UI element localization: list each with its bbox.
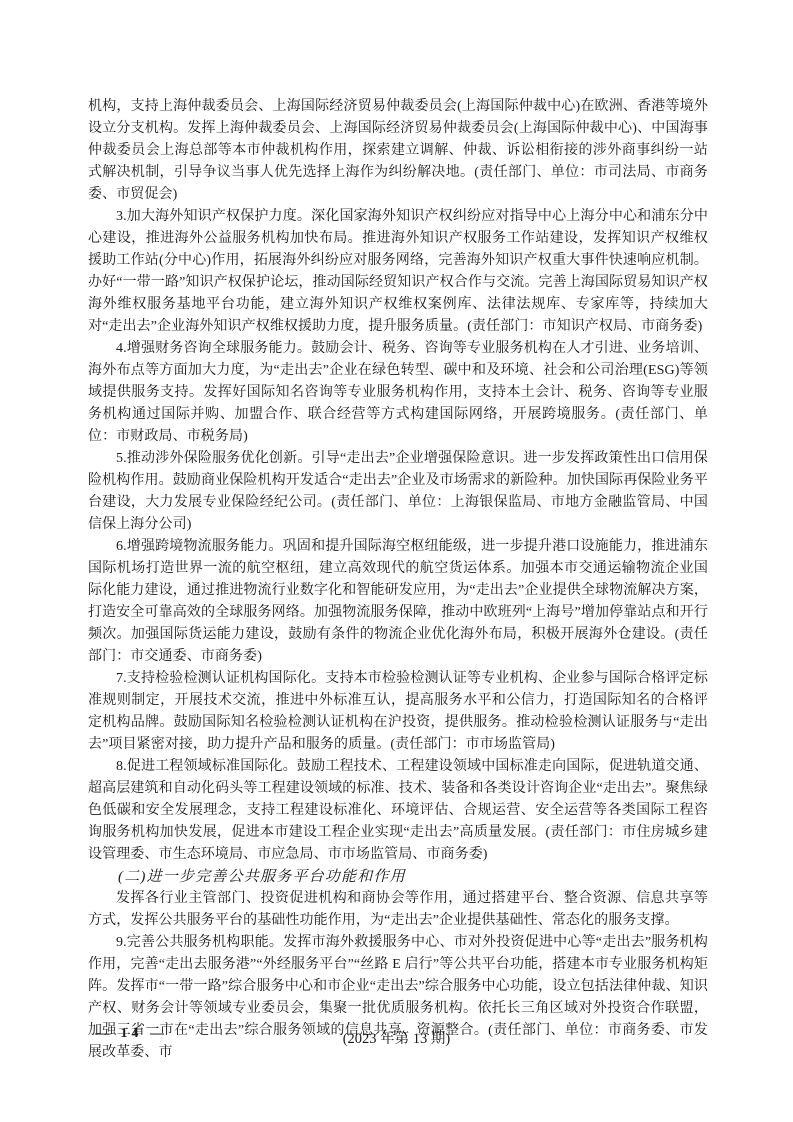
paragraph-item-6: 6.增强跨境物流服务能力。巩固和提升国际海空枢纽能级，进一步提升港口设施能力，推…: [88, 536, 708, 668]
paragraph-section-intro: 发挥各行业主管部门、投资促进机构和商协会等作用，通过搭建平台、整合资源、信息共享…: [88, 888, 708, 932]
paragraph-item-4: 4.增强财务咨询全球服务能力。鼓励会计、税务、咨询等专业服务机构在人才引进、业务…: [88, 338, 708, 448]
section-heading: (二)进一步完善公共服务平台功能和作用: [88, 866, 708, 888]
paragraph-item-7: 7.支持检验检测认证机构国际化。支持本市检验检测认证等专业机构、企业参与国际合格…: [88, 668, 708, 756]
paragraph-item-5: 5.推动涉外保险服务优化创新。引导“走出去”企业增强保险意识。进一步发挥政策性出…: [88, 448, 708, 536]
issue-label: (2023 年第 13 期): [0, 1027, 793, 1048]
paragraph-continuation: 机构，支持上海仲裁委员会、上海国际经济贸易仲裁委员会(上海国际仲裁中心)在欧洲、…: [88, 96, 708, 206]
document-page: 机构，支持上海仲裁委员会、上海国际经济贸易仲裁委员会(上海国际仲裁中心)在欧洲、…: [0, 0, 793, 1122]
paragraph-item-8: 8.促进工程领域标准国际化。鼓励工程技术、工程建设领域中国标准走向国际，促进轨道…: [88, 756, 708, 866]
paragraph-item-3: 3.加大海外知识产权保护力度。深化国家海外知识产权纠纷应对指导中心上海分中心和浦…: [88, 206, 708, 338]
document-body: 机构，支持上海仲裁委员会、上海国际经济贸易仲裁委员会(上海国际仲裁中心)在欧洲、…: [88, 96, 708, 1064]
